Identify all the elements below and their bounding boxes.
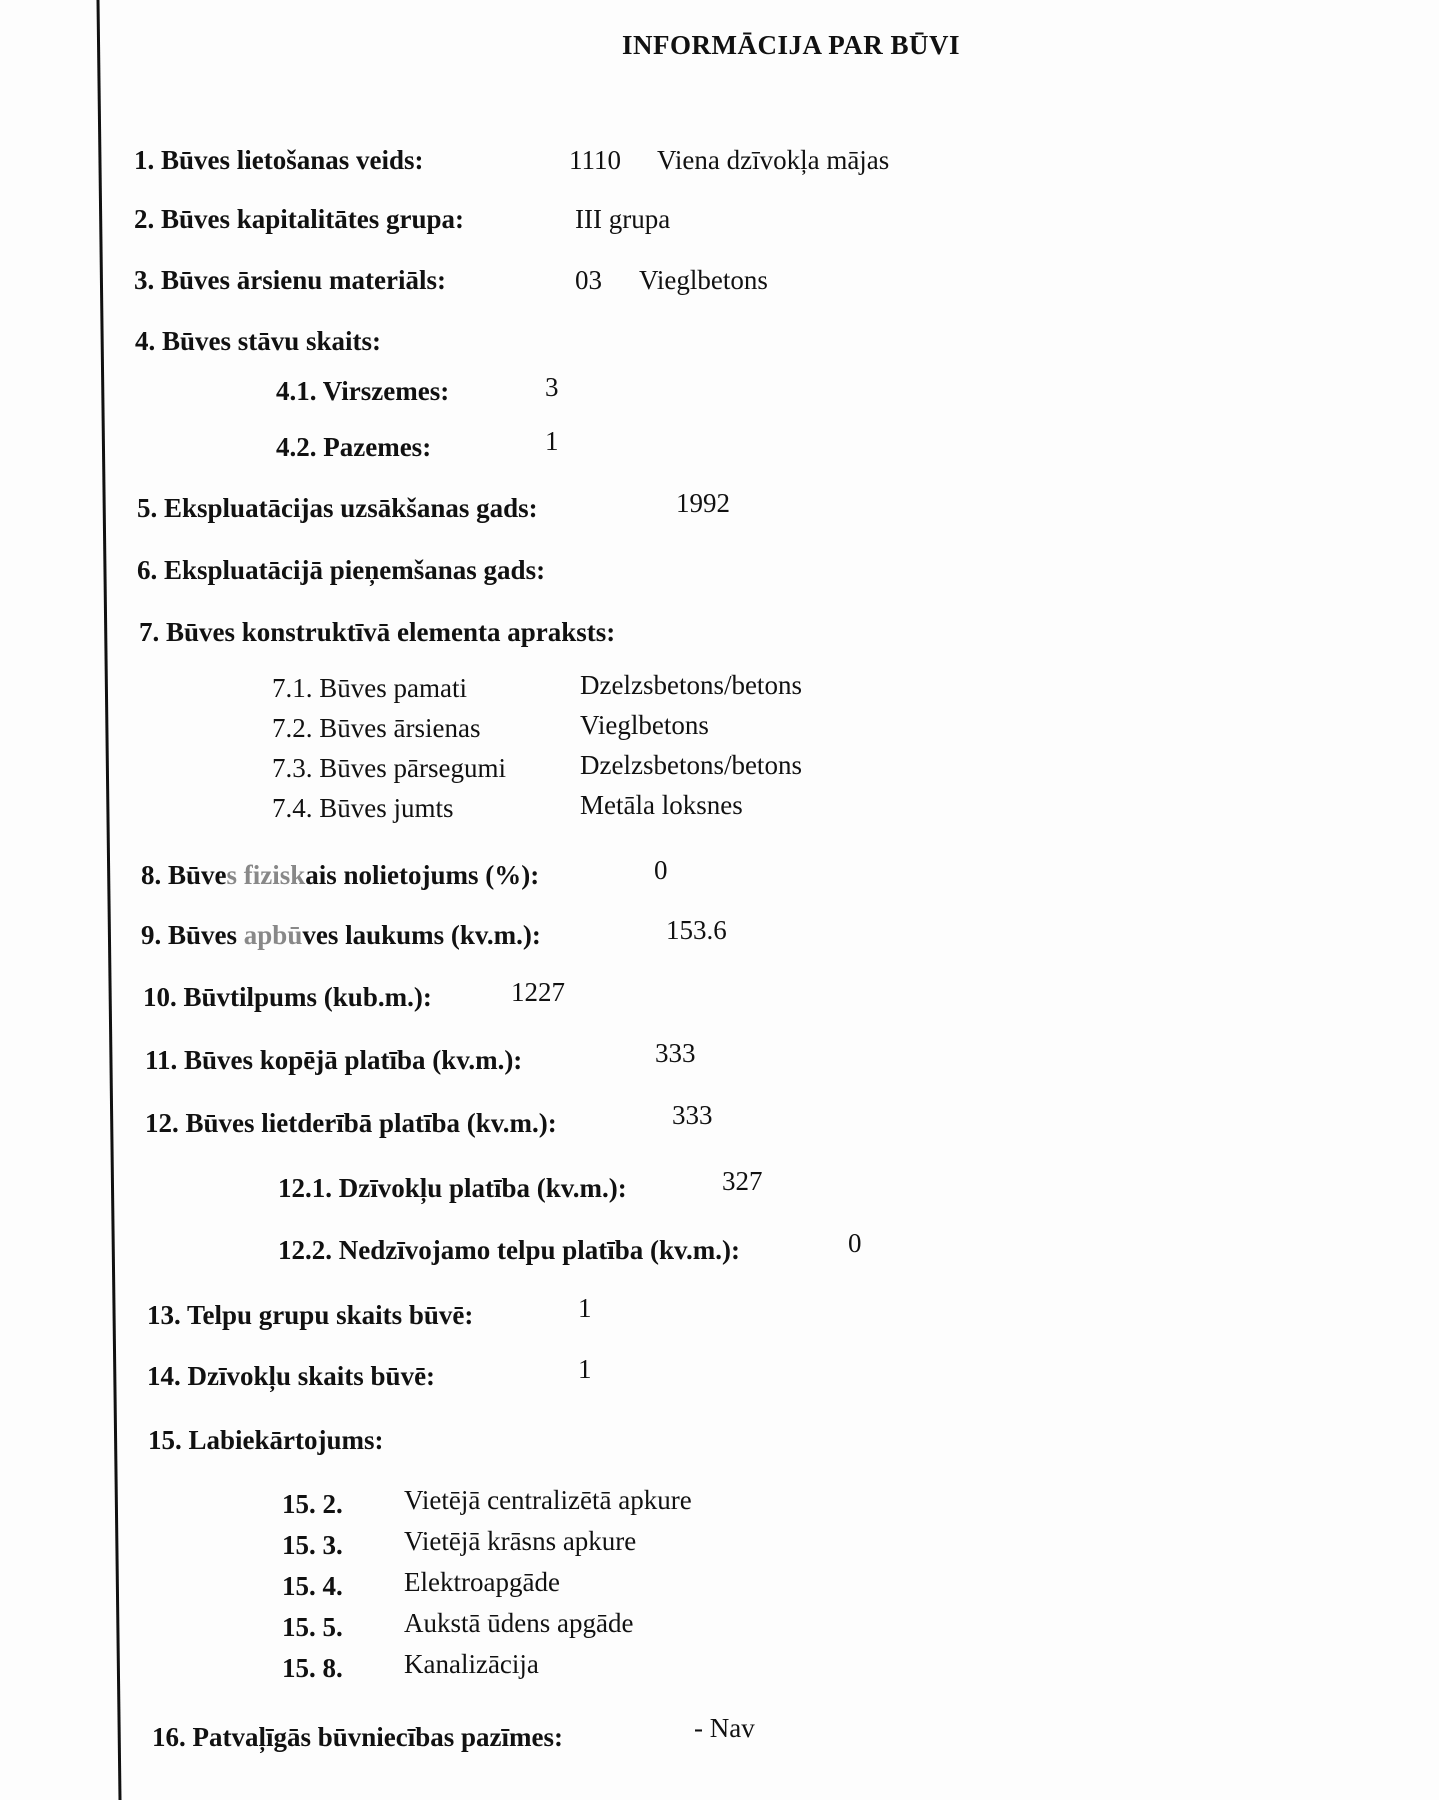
item-7-3-value: Dzelzsbetons/betons bbox=[580, 750, 802, 781]
item-4-2-value: 1 bbox=[545, 426, 559, 457]
item-12-1-value: 327 bbox=[722, 1166, 763, 1197]
item-15-2-label: 15. 2. bbox=[282, 1489, 343, 1520]
item-12-2-label: 12.2. Nedzīvojamo telpu platība (kv.m.): bbox=[278, 1235, 740, 1266]
item-7-2-label: 7.2. Būves ārsienas bbox=[272, 713, 480, 744]
item-13-value: 1 bbox=[578, 1293, 592, 1324]
item-6-label: 6. Ekspluatācijā pieņemšanas gads: bbox=[137, 555, 545, 586]
item-7-1-label: 7.1. Būves pamati bbox=[272, 673, 467, 704]
item-9-label-part: 9. Būves bbox=[141, 920, 244, 950]
item-8-label-part: ais nolietojums (%): bbox=[305, 860, 539, 890]
item-8-label: 8. Būves fiziskais nolietojums (%): bbox=[141, 860, 539, 891]
item-2-label: 2. Būves kapitalitātes grupa: bbox=[134, 204, 464, 235]
item-1-value: Viena dzīvokļa mājas bbox=[657, 145, 889, 176]
item-9-value: 153.6 bbox=[666, 915, 727, 946]
item-9-label: 9. Būves apbūves laukums (kv.m.): bbox=[141, 920, 541, 951]
item-8-label-part: 8. Būve bbox=[141, 860, 227, 890]
item-15-3-label: 15. 3. bbox=[282, 1530, 343, 1561]
item-15-3-value: Vietējā krāsns apkure bbox=[404, 1526, 636, 1557]
item-12-1-label: 12.1. Dzīvokļu platība (kv.m.): bbox=[278, 1173, 627, 1204]
item-2-value: III grupa bbox=[575, 204, 670, 235]
item-7-4-value: Metāla loksnes bbox=[580, 790, 743, 821]
item-15-4-label: 15. 4. bbox=[282, 1571, 343, 1602]
item-15-5-label: 15. 5. bbox=[282, 1612, 343, 1643]
item-15-8-value: Kanalizācija bbox=[404, 1649, 539, 1680]
item-11-value: 333 bbox=[655, 1038, 696, 1069]
item-3-label: 3. Būves ārsienu materiāls: bbox=[134, 265, 446, 296]
item-7-label: 7. Būves konstruktīvā elementa apraksts: bbox=[139, 617, 615, 648]
item-7-2-value: Vieglbetons bbox=[580, 710, 709, 741]
item-1-label: 1. Būves lietošanas veids: bbox=[134, 145, 424, 176]
item-5-value: 1992 bbox=[676, 488, 730, 519]
item-5-label: 5. Ekspluatācijas uzsākšanas gads: bbox=[137, 493, 538, 524]
item-3-value: Vieglbetons bbox=[639, 265, 768, 296]
item-10-label: 10. Būvtilpums (kub.m.): bbox=[143, 982, 432, 1013]
item-4-1-label: 4.1. Virszemes: bbox=[276, 376, 449, 407]
item-15-2-value: Vietējā centralizētā apkure bbox=[404, 1485, 692, 1516]
item-9-label-faded: apbū bbox=[244, 920, 303, 950]
item-3-code: 03 bbox=[575, 265, 602, 296]
item-7-4-label: 7.4. Būves jumts bbox=[272, 793, 454, 824]
item-15-label: 15. Labiekārtojums: bbox=[148, 1425, 384, 1456]
item-8-value: 0 bbox=[654, 855, 668, 886]
item-1-code: 1110 bbox=[569, 145, 621, 176]
item-7-3-label: 7.3. Būves pārsegumi bbox=[272, 753, 506, 784]
item-15-5-value: Aukstā ūdens apgāde bbox=[404, 1608, 633, 1639]
item-4-2-label: 4.2. Pazemes: bbox=[276, 432, 431, 463]
item-8-label-faded: s fizisk bbox=[227, 860, 306, 890]
page-title: INFORMĀCIJA PAR BŪVI bbox=[622, 30, 960, 61]
item-11-label: 11. Būves kopējā platība (kv.m.): bbox=[145, 1045, 522, 1076]
item-10-value: 1227 bbox=[511, 977, 565, 1008]
item-12-value: 333 bbox=[672, 1100, 713, 1131]
item-13-label: 13. Telpu grupu skaits būvē: bbox=[147, 1300, 473, 1331]
item-16-label: 16. Patvaļīgās būvniecības pazīmes: bbox=[152, 1722, 563, 1753]
item-9-label-part: ves laukums (kv.m.): bbox=[302, 920, 541, 950]
item-7-1-value: Dzelzsbetons/betons bbox=[580, 670, 802, 701]
item-14-label: 14. Dzīvokļu skaits būvē: bbox=[147, 1361, 435, 1392]
item-14-value: 1 bbox=[578, 1354, 592, 1385]
item-15-4-value: Elektroapgāde bbox=[404, 1567, 560, 1598]
item-4-label: 4. Būves stāvu skaits: bbox=[135, 326, 381, 357]
item-15-8-label: 15. 8. bbox=[282, 1653, 343, 1684]
item-4-1-value: 3 bbox=[545, 372, 559, 403]
item-12-2-value: 0 bbox=[848, 1228, 862, 1259]
item-16-value: - Nav bbox=[694, 1713, 755, 1744]
item-12-label: 12. Būves lietderībā platība (kv.m.): bbox=[145, 1108, 557, 1139]
